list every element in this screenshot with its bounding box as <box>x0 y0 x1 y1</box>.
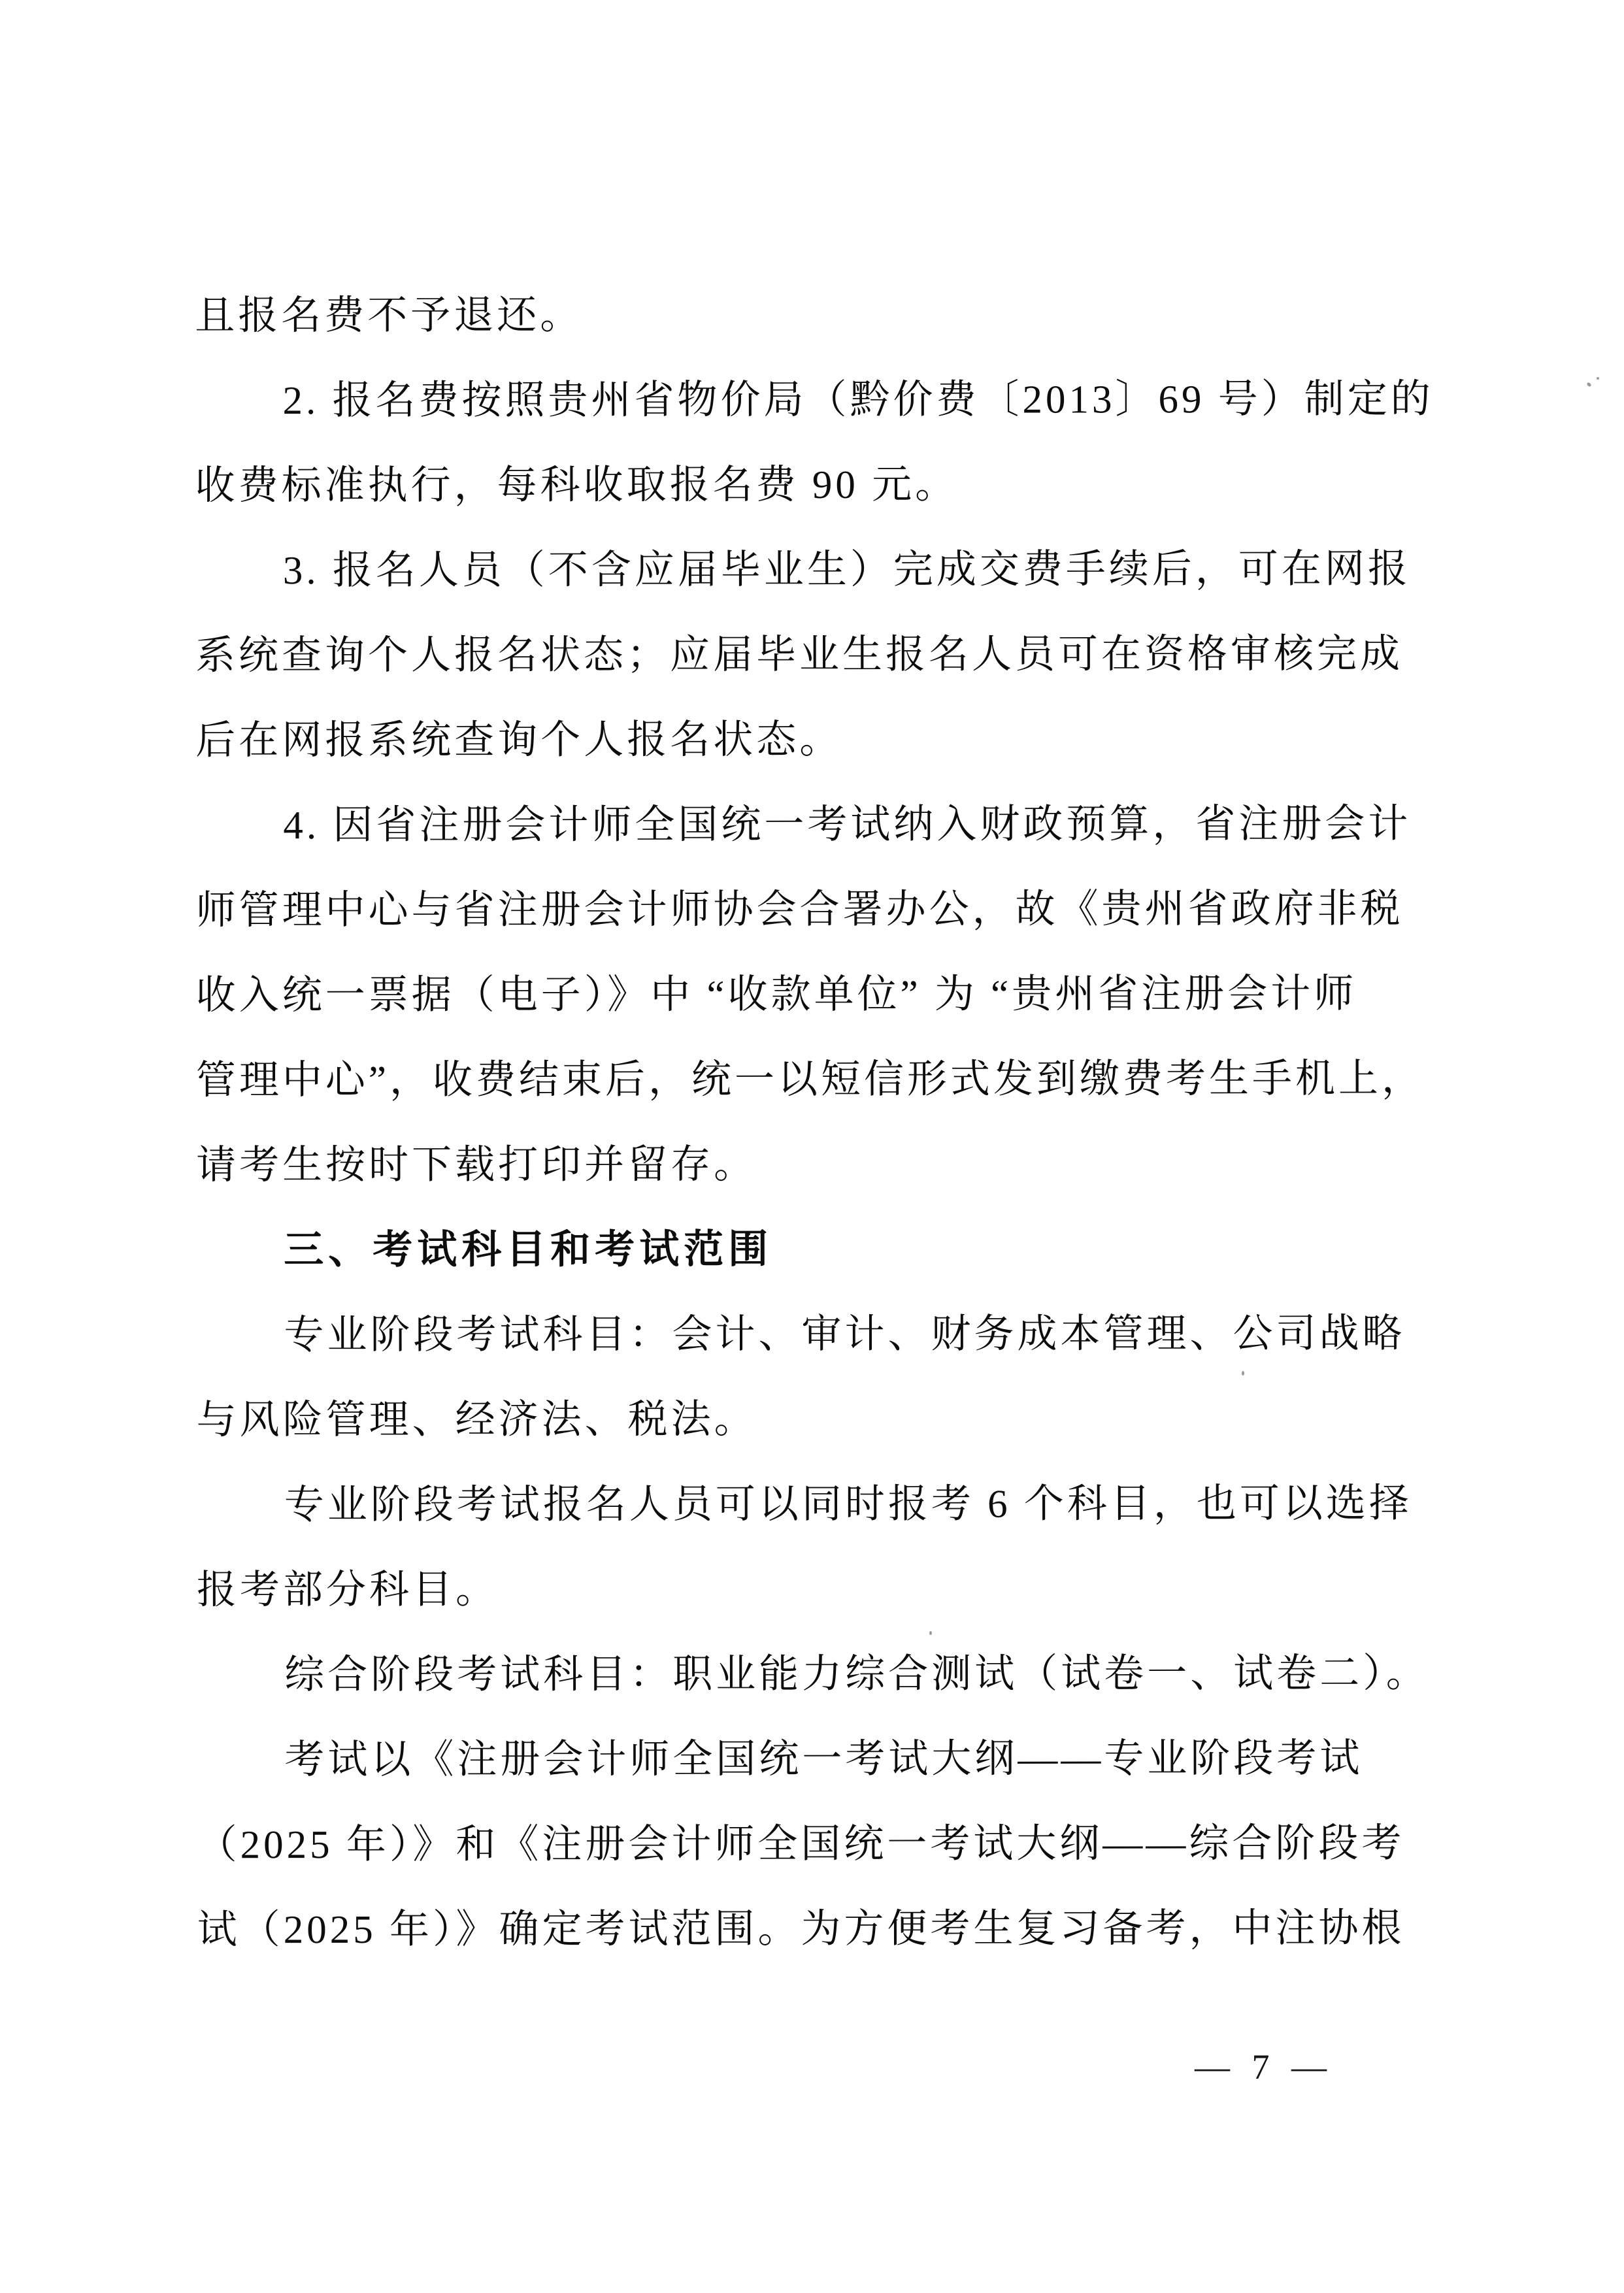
document-body: 且报名费不予退还。 2. 报名费按照贵州省物价局（黔价费〔2013〕69 号）制… <box>195 272 1433 1973</box>
body-line-16: 报考部分科目。 <box>197 1547 1432 1634</box>
body-line-14: 与风险管理、经济法、税法。 <box>197 1377 1432 1464</box>
scan-speckle <box>1242 1371 1244 1376</box>
scan-speckle <box>1586 382 1592 387</box>
body-line-10: 管理中心”，收费结束后，统一以短信形式发到缴费考生手机上， <box>196 1037 1431 1124</box>
body-line-05: 系统查询个人报名状态；应届毕业生报名人员可在资格审核完成 <box>195 612 1431 699</box>
body-line-01: 且报名费不予退还。 <box>195 272 1430 359</box>
body-line-09: 收入统一票据（电子）》中 “收款单位” 为 “贵州省注册会计师 <box>196 952 1431 1039</box>
body-line-19: （2025 年）》和《注册会计师全国统一考试大纲——综合阶段考 <box>197 1802 1432 1889</box>
scan-speckle <box>1597 377 1599 380</box>
body-line-18: 考试以《注册会计师全国统一考试大纲——专业阶段考试 <box>197 1717 1432 1804</box>
page-number: — 7 — <box>1195 2044 1333 2090</box>
section-heading-exam-subjects: 三、考试科目和考试范围 <box>196 1207 1431 1294</box>
scanned-document-page: 且报名费不予退还。 2. 报名费按照贵州省物价局（黔价费〔2013〕69 号）制… <box>0 0 1624 2293</box>
body-line-04: 3. 报名人员（不含应届毕业生）完成交费手续后，可在网报 <box>195 527 1431 614</box>
body-line-06: 后在网报系统查询个人报名状态。 <box>195 697 1431 784</box>
body-line-13: 专业阶段考试科目：会计、审计、财务成本管理、公司战略 <box>196 1292 1431 1379</box>
body-line-08: 师管理中心与省注册会计师协会合署办公，故《贵州省政府非税 <box>195 867 1431 954</box>
body-line-20: 试（2025 年）》确定考试范围。为方便考生复习备考，中注协根 <box>197 1887 1433 1973</box>
scan-speckle <box>929 1631 932 1635</box>
body-line-03: 收费标准执行，每科收取报名费 90 元。 <box>195 442 1431 529</box>
body-line-07: 4. 因省注册会计师全国统一考试纳入财政预算，省注册会计 <box>195 782 1431 869</box>
body-line-02: 2. 报名费按照贵州省物价局（黔价费〔2013〕69 号）制定的 <box>195 357 1430 444</box>
body-line-11: 请考生按时下载打印并留存。 <box>196 1122 1431 1209</box>
body-line-17: 综合阶段考试科目：职业能力综合测试（试卷一、试卷二）。 <box>197 1632 1432 1719</box>
body-line-15: 专业阶段考试报名人员可以同时报考 6 个科目，也可以选择 <box>197 1462 1432 1549</box>
